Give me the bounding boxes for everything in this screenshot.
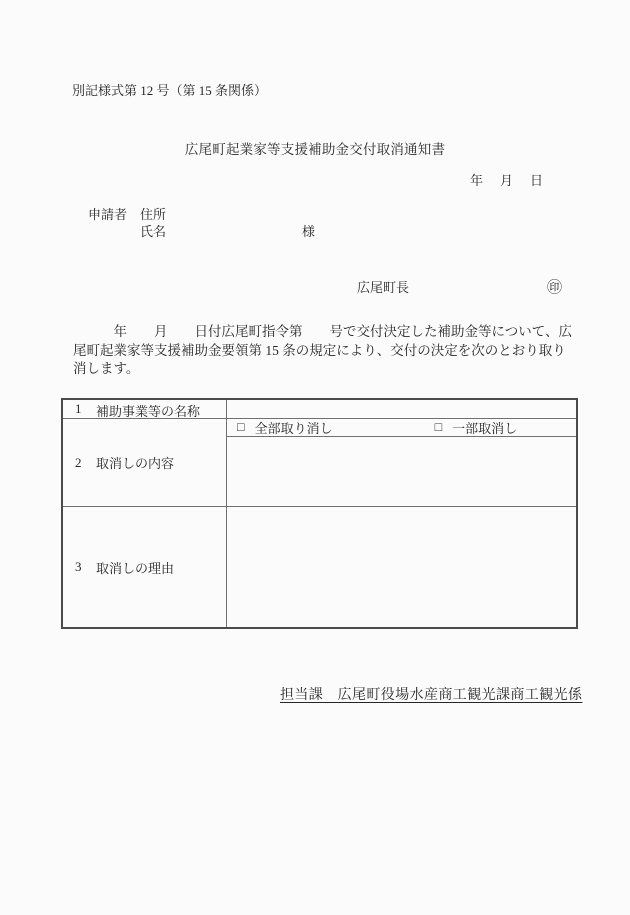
checkbox-full-cancel-icon: □ (237, 420, 245, 435)
cancellation-reason-value-cell (227, 507, 576, 627)
body-line: 消します。 (73, 360, 572, 379)
checkbox-partial-cancel-icon: □ (435, 420, 443, 435)
date-day-label: 日 (530, 170, 543, 189)
body-line: 年 月 日付広尾町指令第 号で交付決定した補助金等について、広 (73, 323, 572, 342)
row1-label: 補助事業等の名称 (96, 401, 200, 420)
form-number: 別記様式第 12 号（第 15 条関係） (72, 80, 267, 99)
honorific-label: 様 (302, 221, 315, 240)
row2-label-cell: 2取消しの内容 (63, 419, 227, 506)
body-paragraph: 年 月 日付広尾町指令第 号で交付決定した補助金等について、広 尾町起業家等支援… (73, 323, 572, 379)
checkbox-partial-cancel-label: 一部取消し (452, 418, 517, 437)
body-line: 尾町起業家等支援補助金要領第 15 条の規定により、交付の決定を次のとおり取り (73, 342, 572, 361)
table-row-cancellation-reason: 3取消しの理由 (63, 507, 576, 627)
checkbox-group-partial-cancel: □一部取消し (435, 418, 518, 437)
date-year-label: 年 (470, 170, 483, 189)
table-row-project-name: 1補助事業等の名称 (63, 400, 576, 419)
row2-label: 取消しの内容 (96, 453, 174, 472)
seal-icon: ㊞ (547, 276, 562, 297)
row3-label-cell: 3取消しの理由 (63, 507, 227, 627)
table-row-cancellation-content: 2取消しの内容 □全部取り消し □一部取消し (63, 419, 576, 507)
row1-label-cell: 1補助事業等の名称 (63, 400, 227, 418)
checkbox-group-full-cancel: □全部取り消し (237, 418, 333, 437)
applicant-label: 申請者 (88, 204, 127, 223)
row2-number: 2 (75, 455, 96, 471)
project-name-value-cell (227, 400, 576, 418)
cancellation-table: 1補助事業等の名称 2取消しの内容 □全部取り消し □一部取消し 3取消しの理由 (61, 398, 578, 629)
row3-label: 取消しの理由 (96, 558, 174, 577)
document-title: 広尾町起業家等支援補助金交付取消通知書 (0, 138, 630, 158)
row3-number: 3 (75, 559, 96, 575)
date-month-label: 月 (500, 170, 513, 189)
date-line: 年 月 日 (470, 170, 543, 189)
cancellation-content-cell: □全部取り消し □一部取消し (227, 419, 576, 506)
mayor-title: 広尾町長 (357, 277, 409, 296)
checkbox-full-cancel-label: 全部取り消し (255, 418, 333, 437)
contact-department: 担当課 広尾町役場水産商工観光課商工観光係 (280, 684, 582, 704)
name-label: 氏名 (140, 221, 166, 240)
cancellation-content-value-area (227, 437, 576, 506)
row1-number: 1 (75, 401, 96, 417)
checkbox-row: □全部取り消し □一部取消し (227, 419, 576, 437)
